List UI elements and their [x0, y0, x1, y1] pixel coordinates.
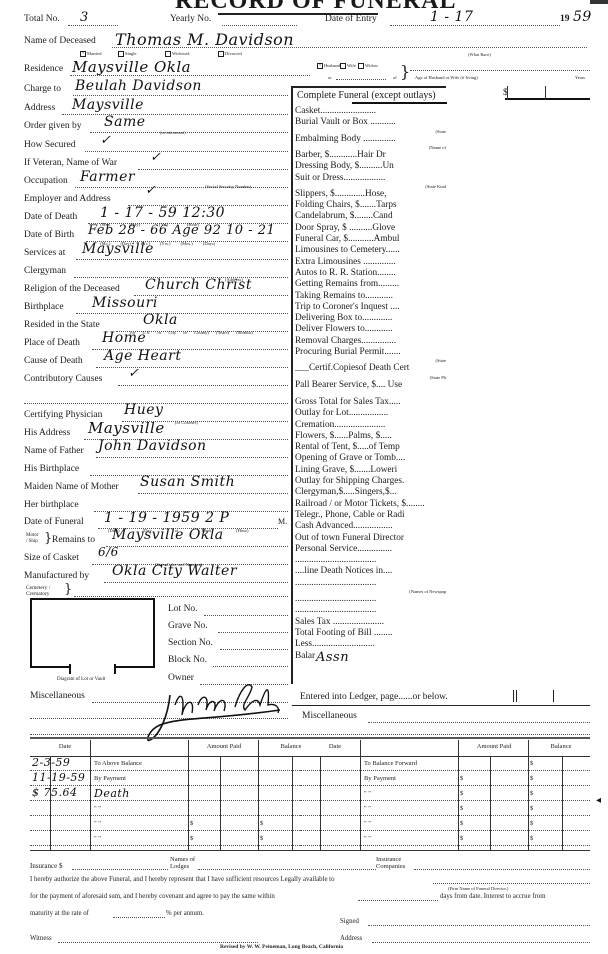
birthplace-value[interactable]: Missouri: [92, 295, 158, 311]
widow-label: Widow: [365, 63, 378, 68]
ledger-amount[interactable]: $: [460, 775, 463, 782]
ledger-balance[interactable]: $: [530, 790, 533, 797]
ledger-row-line: [300, 800, 590, 801]
deceased-name-label: Name of Deceased: [24, 36, 96, 46]
charge-item[interactable]: Pall Bearer Service, $.... Use: [295, 380, 445, 390]
ledger-description[interactable]: " ": [364, 805, 371, 812]
section-no-label: Section No.: [168, 638, 213, 648]
ledger-row-line: [300, 785, 590, 786]
spouse-age-line: [410, 70, 590, 71]
charge-item[interactable]: Sales Tax ......................: [295, 617, 445, 627]
years-label: Years: [575, 75, 585, 80]
checkbox-married[interactable]: ×: [80, 51, 86, 57]
lot-no-line: [204, 615, 288, 616]
payment-text-1: for the payment of aforesaid sum, and I …: [30, 893, 275, 900]
date-of-birth-value[interactable]: Feb 28 - 66 Age 92 10 - 21: [88, 223, 275, 238]
father-label: Name of Father: [24, 446, 84, 456]
lot-diagram-leg-right: [114, 664, 116, 674]
yearly-no-label: Yearly No.: [170, 14, 211, 24]
marital-married[interactable]: ×Married: [80, 51, 102, 57]
ledger-description[interactable]: " ": [94, 835, 101, 842]
less-value[interactable]: Assn: [316, 650, 349, 665]
ledger-description[interactable]: " ": [94, 805, 101, 812]
ledger-description[interactable]: Death: [94, 787, 130, 800]
firm-name-caption: (Firm Name of Funeral Director.): [448, 886, 508, 891]
date-of-funeral-suffix: M.: [278, 517, 287, 526]
ledger-entry-label: Entered into Ledger, page......or below.: [300, 692, 448, 702]
charge-item[interactable]: Less...........................: [295, 639, 445, 649]
year-value[interactable]: 59: [573, 9, 592, 25]
charge-item[interactable]: Trip to Coroner's Inquest ....: [295, 302, 445, 312]
checkbox-wife[interactable]: [340, 63, 346, 69]
physician-value[interactable]: Huey: [124, 402, 163, 418]
contributory-line: [118, 385, 288, 386]
yearly-no-line: [222, 25, 297, 26]
insurance-companies-label: Insurance Companies: [376, 856, 426, 870]
spouse-or: or: [328, 75, 332, 80]
ledger-row-line: [300, 815, 590, 816]
charge-item[interactable]: Limousines to Cemetery......: [295, 245, 445, 255]
resided-sub: (or U.S. or City or County) (Years) (Mon…: [130, 330, 253, 335]
date-of-birth-label: Date of Birth: [24, 230, 74, 240]
ledger-header: Amount Paid: [460, 743, 528, 750]
ledger-top-rule: [30, 737, 590, 739]
ledger-description[interactable]: " ": [364, 835, 371, 842]
residence-label: Residence: [24, 64, 63, 74]
ledger-row-line: [30, 830, 320, 831]
ledger-amount[interactable]: $: [460, 805, 463, 812]
veteran-line: [138, 169, 288, 170]
ledger-description[interactable]: " ": [364, 820, 371, 827]
ledger-date[interactable]: 11-19-59: [32, 771, 85, 784]
ledger-header-rule: [300, 756, 590, 757]
charge-item[interactable]: Slippers, $.............Hose,: [295, 189, 445, 199]
lodges-label: Names of Lodges: [170, 856, 210, 870]
block-no-line: [213, 666, 288, 667]
age-of-spouse-label: Age of Husband or Wife (if living): [415, 75, 478, 80]
spouse-of: of: [393, 75, 397, 80]
charge-item[interactable]: ...................................: [295, 555, 445, 565]
services-at-value[interactable]: Maysville: [82, 241, 154, 257]
occupation-value[interactable]: Farmer: [80, 169, 135, 185]
address-footer-label: Address: [340, 935, 362, 942]
date-of-funeral-label: Date of Funeral: [24, 517, 84, 527]
lot-diagram-leg-left: [69, 664, 71, 674]
date-of-entry-line: [390, 25, 560, 26]
firm-name-line: [433, 883, 590, 884]
year-prefix: 19: [560, 14, 570, 24]
charge-item[interactable]: Autos to R. R. Station........: [295, 268, 445, 278]
services-at-label: Services at: [24, 248, 65, 258]
date-of-funeral-value[interactable]: 1 - 19 - 1959 2 P: [104, 510, 229, 526]
charge-item[interactable]: Barber, $............Hair Dr: [295, 150, 445, 160]
address-value[interactable]: Maysville: [72, 97, 144, 113]
deceased-name-value[interactable]: Thomas M. Davidson: [115, 30, 294, 49]
signed-label: Signed: [340, 918, 359, 925]
single-label: Single: [125, 51, 137, 56]
marital-divorced[interactable]: Divorced: [218, 51, 242, 57]
ledger-column-divider: [360, 740, 361, 850]
charge-item[interactable]: Taking Remains to............: [295, 291, 445, 301]
ledger-amount[interactable]: $: [190, 820, 193, 827]
ledger-balance[interactable]: $: [530, 820, 533, 827]
charge-item[interactable]: Outlay for Lot.................: [295, 408, 445, 418]
insurance-label: Insurance $: [30, 862, 62, 870]
her-birthplace-label: Her birthplace: [24, 500, 79, 510]
mother-value[interactable]: Susan Smith: [140, 474, 235, 490]
charge-item[interactable]: Total Footing of Bill ........: [295, 628, 445, 638]
insurance-line: [72, 869, 168, 870]
charge-item[interactable]: Suit or Dress..................: [295, 173, 445, 183]
charge-item[interactable]: Out of town Funeral Director: [295, 533, 445, 543]
remains-to-line: [106, 546, 288, 547]
ledger-amount[interactable]: $: [460, 820, 463, 827]
ledger-row-line: [300, 845, 590, 846]
charge-item[interactable]: Rental of Tent, $.....of Temp: [295, 442, 445, 452]
witness-line[interactable]: [58, 942, 258, 943]
brace: }: [400, 62, 410, 81]
ledger-date[interactable]: $ 75.64: [32, 786, 78, 799]
charge-to-line: [73, 95, 288, 96]
ledger-balance[interactable]: $: [530, 760, 533, 767]
birthplace-line: [76, 313, 288, 314]
religion-value[interactable]: Church Christ: [145, 277, 252, 293]
remains-to-value[interactable]: Maysville Okla: [112, 527, 224, 543]
address-line: [62, 114, 288, 115]
husband-label: Husband: [324, 63, 340, 68]
casket-size-value[interactable]: 6/6: [98, 545, 119, 559]
services-at-line: [76, 259, 288, 260]
complete-funeral-amount[interactable]: [505, 86, 590, 100]
lot-diagram-caption: Diagram of Lot or Vault: [57, 677, 105, 682]
ledger-description[interactable]: To Balance Forward: [364, 760, 417, 767]
marital-widowed[interactable]: Widowed: [165, 51, 189, 57]
charge-item[interactable]: Flowers, $......Palms, $.....: [295, 431, 445, 441]
ledger-header-rule: [30, 756, 320, 757]
amount-sep-2: [545, 86, 546, 100]
date-of-death-label: Date of Death: [24, 212, 77, 222]
manufactured-by-line: [104, 582, 288, 583]
ledger-row-line: [300, 770, 590, 771]
charge-item[interactable]: Clergyman,$.....Singers,$...: [295, 487, 445, 497]
grave-no-line: [218, 632, 288, 633]
days-line: [358, 900, 438, 901]
widowed-label: Widowed: [172, 51, 189, 56]
how-secured-line: [85, 151, 288, 152]
charge-to-value[interactable]: Beulah Davidson: [75, 78, 202, 94]
veteran-value[interactable]: ✓: [150, 150, 161, 165]
charge-item[interactable]: Extra Limousines ..............: [295, 257, 445, 267]
address-footer-line[interactable]: [372, 942, 590, 943]
employer-label: Employer and Address: [24, 194, 111, 204]
ledger-header: Date: [40, 743, 90, 750]
father-line: [96, 457, 288, 458]
ledger-mark-3: [553, 690, 554, 702]
place-of-death-label: Place of Death: [24, 338, 80, 348]
charge-item[interactable]: Candelabrum, $........Cand: [295, 211, 445, 221]
ledger-amount[interactable]: $: [460, 835, 463, 842]
clergyman-label: Clergyman: [24, 266, 66, 276]
ledger-description[interactable]: To Above Balance: [94, 760, 142, 767]
charge-item[interactable]: Personal Service...............: [295, 544, 445, 554]
amount-sep-1: [507, 86, 508, 100]
ledger-balance[interactable]: $: [530, 805, 533, 812]
charge-item[interactable]: Embalming Body ..............: [295, 134, 445, 144]
charge-item[interactable]: ___Certif.Copiesof Death Cert: [295, 363, 445, 373]
charge-item[interactable]: Lining Grave, $.......Loweri: [295, 465, 445, 475]
ledger-column-divider: [528, 740, 529, 850]
place-of-death-value[interactable]: Home: [102, 330, 146, 346]
religion-label: Religion of the Deceased: [24, 284, 120, 294]
ledger-row-line: [30, 815, 320, 816]
date-of-death-value[interactable]: 1 - 17 - 59 12:30: [100, 205, 225, 221]
ledger-entry-rule: [292, 705, 590, 706]
ledger-mark-2: [516, 690, 517, 702]
ledger-description[interactable]: By Payment: [364, 775, 396, 782]
cemetery-line: [74, 596, 288, 597]
charge-to-label: Charge to: [24, 84, 61, 94]
ledger-column-divider: [258, 740, 259, 850]
ledger-header: Date: [310, 743, 360, 750]
insurance-companies-line: [414, 869, 590, 870]
ledger-date[interactable]: 2-3-59: [32, 756, 70, 769]
witness-label: Witness: [30, 935, 52, 942]
block-no-label: Block No.: [168, 655, 207, 665]
charge-item[interactable]: Gross Total for Sales Tax.....: [295, 397, 445, 407]
checkbox-widow[interactable]: [358, 63, 364, 69]
ledger-mark-1: [513, 690, 514, 702]
lot-misc-line-3: [30, 734, 590, 735]
charge-item[interactable]: ...................................: [295, 594, 445, 604]
lodges-line: [198, 869, 376, 870]
total-no-label: Total No.: [24, 14, 60, 24]
ledger-description[interactable]: " ": [364, 790, 371, 797]
veteran-label: If Veteran, Name of War: [24, 158, 117, 168]
page-edge-mark: ◂: [596, 795, 601, 806]
charge-item[interactable]: Outlay for Shipping Charges.: [295, 476, 445, 486]
charge-item[interactable]: Cremation......................: [295, 420, 445, 430]
charge-item[interactable]: Removal Charges...............: [295, 336, 445, 346]
authorize-text: I hereby authorize the above Funeral, an…: [30, 876, 334, 883]
charge-item[interactable]: Telegr., Phone, Cable or Radi: [295, 510, 445, 520]
ledger-balance[interactable]: $: [530, 775, 533, 782]
spouse-name-line: [336, 79, 386, 80]
mother-line: [138, 493, 288, 494]
spouse-widow[interactable]: Widow: [358, 63, 378, 69]
ledger-column-divider: [188, 740, 189, 850]
casket-size-label: Size of Casket: [24, 553, 79, 563]
divorced-label: Divorced: [225, 51, 242, 56]
ledger-balance[interactable]: $: [530, 835, 533, 842]
spouse-wife[interactable]: Wife: [340, 63, 356, 69]
resided-value[interactable]: Okla: [143, 312, 178, 328]
charge-item[interactable]: Delivering Box to.............: [295, 313, 445, 323]
spouse-husband[interactable]: ×Husband: [317, 63, 340, 69]
checkbox-single[interactable]: [118, 51, 124, 57]
charge-item[interactable]: Door Spray, $ ..........Glove: [295, 223, 445, 233]
his-address-value[interactable]: Maysville: [88, 419, 165, 437]
ledger-row-line: [30, 845, 320, 846]
signed-line[interactable]: [368, 925, 590, 926]
ledger-row-line: [300, 830, 590, 831]
charge-item[interactable]: Burial Vault or Box ...........: [295, 117, 445, 127]
lot-no-label: Lot No.: [168, 604, 198, 614]
lot-diagram-box[interactable]: [30, 598, 155, 668]
charge-item[interactable]: Opening of Grave or Tomb....: [295, 453, 445, 463]
corner-mark: [590, 0, 608, 4]
motor-ship-label: Motor / Ship: [26, 533, 38, 545]
father-value[interactable]: John Davidson: [98, 438, 207, 454]
charge-item[interactable]: Folding Chairs, $.......Tarps: [295, 200, 445, 210]
remains-to-label: Remains to: [52, 535, 95, 545]
married-label: Married: [87, 51, 102, 56]
rate-line: [113, 917, 165, 918]
grave-no-label: Grave No.: [168, 621, 208, 631]
ledger-header: Balance: [532, 743, 590, 750]
charge-item[interactable]: Casket........................: [295, 106, 445, 116]
checkbox-husband[interactable]: ×: [317, 63, 323, 69]
checkbox-divorced[interactable]: [218, 51, 224, 57]
ledger-amount[interactable]: $: [460, 790, 463, 797]
ledger-bottom-rule: [30, 850, 590, 851]
cause-of-death-line: [96, 367, 288, 368]
charge-item[interactable]: Getting Remains from.........: [295, 279, 445, 289]
charges-miscellaneous-label: Miscellaneous: [302, 711, 357, 721]
checkbox-widowed[interactable]: [165, 51, 171, 57]
ledger-description[interactable]: " ": [94, 820, 101, 827]
date-of-entry-label: Date of Entry: [325, 14, 377, 24]
ledger-amount[interactable]: $: [190, 835, 193, 842]
charge-item[interactable]: Cash Advanced.................: [295, 521, 445, 531]
charge-item[interactable]: Dressing Body, $..........Un: [295, 161, 445, 171]
ledger-row-line: [30, 800, 320, 801]
charges-header: Complete Funeral (except outlays): [297, 90, 447, 101]
total-no-line: [68, 25, 118, 26]
mother-label: Maiden Name of Mother: [24, 482, 119, 492]
his-address-label: His Address: [24, 428, 70, 438]
ledger-header: Amount Paid: [190, 743, 258, 750]
per-annum: % per annum.: [166, 910, 204, 917]
maturity-text: maturity at the rate of: [30, 910, 89, 917]
ledger-column-divider: [90, 740, 91, 850]
charge-item[interactable]: Procuring Burial Permit.......: [295, 347, 445, 357]
charge-item[interactable]: Deliver Flowers to............: [295, 324, 445, 334]
residence-value[interactable]: Maysville Okla: [72, 58, 191, 76]
date-of-entry-value[interactable]: 1 - 17: [430, 9, 473, 25]
ledger-description[interactable]: By Payment: [94, 775, 126, 782]
resided-label: Resided in the State: [24, 320, 100, 330]
wife-label: Wife: [347, 63, 356, 68]
birthplace-label: Birthplace: [24, 302, 64, 312]
ledger-column-divider: [458, 740, 459, 850]
charges-header-underline: [352, 102, 447, 104]
address-label: Address: [24, 103, 55, 113]
charge-item[interactable]: Funeral Car, $...........Ambul: [295, 234, 445, 244]
total-no-value[interactable]: 3: [80, 10, 89, 25]
manufactured-by-value[interactable]: Okla City Walter: [112, 563, 237, 579]
his-birthplace-label: His Birthplace: [24, 464, 79, 474]
charge-item[interactable]: ....line Death Notices in....: [295, 566, 445, 576]
charge-item[interactable]: Railroad / or Motor Tickets, $........: [295, 499, 445, 509]
manufactured-by-label: Manufactured by: [24, 571, 89, 581]
ledger-balance[interactable]: $: [260, 820, 263, 827]
payment-text-2: days from date. Interest to accrue from: [440, 893, 546, 900]
section-no-line: [220, 649, 288, 650]
charge-item[interactable]: ...................................: [295, 578, 445, 588]
charge-item[interactable]: ...................................: [295, 605, 445, 615]
lot-diagram-gap: [71, 664, 115, 670]
order-given-by-value[interactable]: Same: [104, 114, 146, 130]
ledger-balance[interactable]: $: [260, 835, 263, 842]
revised-by: Revised by W. W. Peineman, Long Beach, C…: [220, 944, 343, 950]
lot-miscellaneous-label: Miscellaneous: [30, 691, 85, 701]
what-race-label: (What Race): [468, 52, 491, 57]
marital-single[interactable]: Single: [118, 51, 137, 57]
charges-misc-line: [368, 722, 590, 723]
physician-sub: (or Coroner): [175, 420, 198, 425]
charges-header-text: Complete Funeral (except outlays): [297, 90, 436, 101]
